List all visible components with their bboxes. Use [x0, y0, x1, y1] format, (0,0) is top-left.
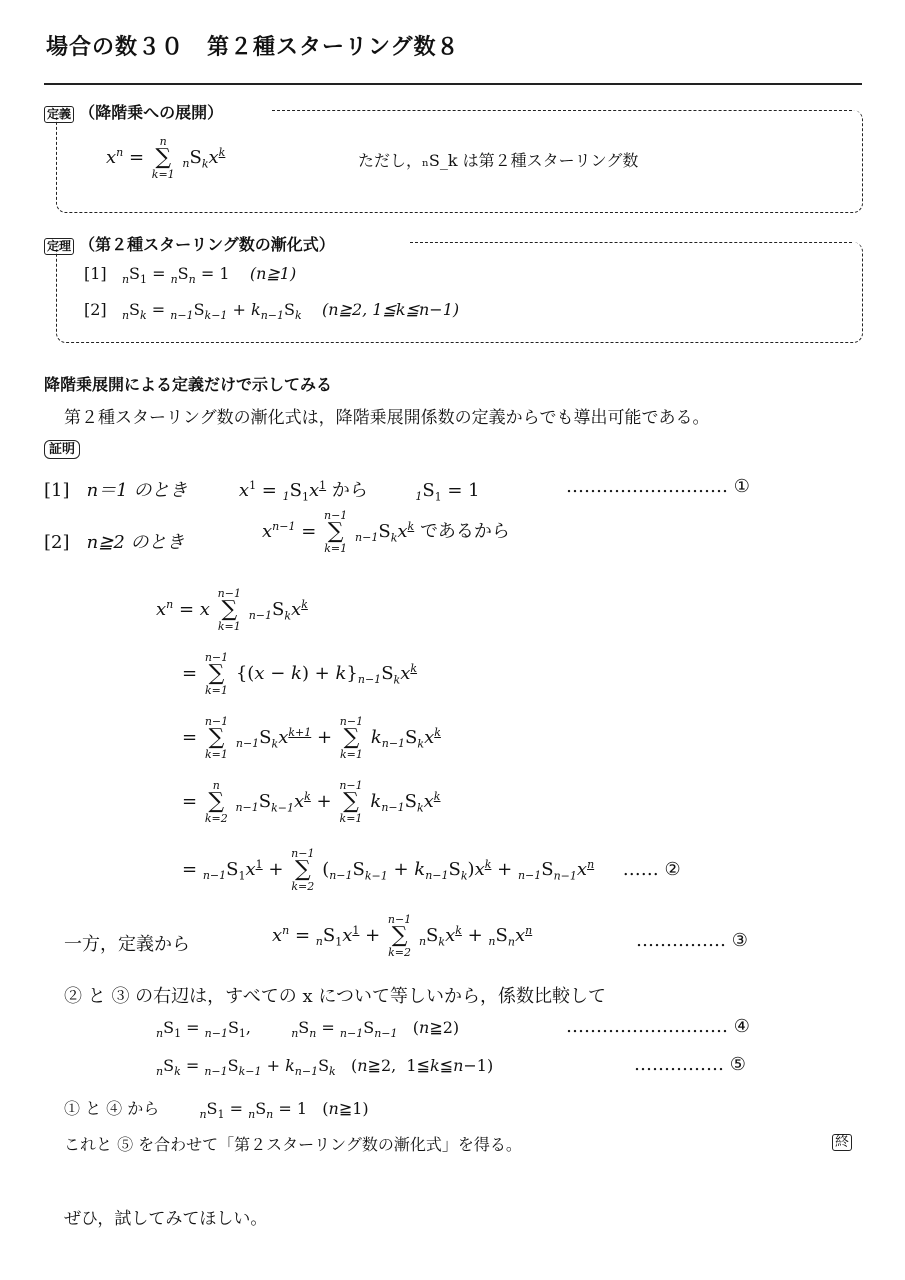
derivation-line-5: = n−1S1x1 + n−1∑k=2 (n−1Sk−1 + kn−1Sk)xk…	[182, 848, 681, 892]
eq5-mark: ⑤	[730, 1054, 746, 1075]
case-label: [1]	[44, 480, 70, 501]
eq2-mark: ②	[665, 859, 681, 880]
case-label: [2]	[44, 532, 70, 553]
definition-box-top	[272, 110, 852, 111]
proof-case-1: [1] n＝1 のとき x1 = 1S1x1 から 1S1 = 1	[44, 476, 480, 504]
item-label: [1]	[84, 264, 107, 283]
derivation-line-2: = n−1∑k=1 {(x − k) + k}n−1Skxk	[182, 652, 417, 696]
page-title: 場合の数３０ 第２種スターリング数８	[46, 30, 460, 61]
eq4-mark: ④	[734, 1016, 750, 1037]
eq5-formula: nSk = n−1Sk−1 + kn−1Sk (n≧2, 1≦k≦n−1)	[156, 1056, 493, 1078]
conclusion-line: これと ⑤ を合わせて「第２スターリング数の漸化式」を得る。	[64, 1132, 522, 1155]
definition-tag: 定義	[44, 106, 74, 123]
eq5-leader: …………… ⑤	[634, 1054, 746, 1075]
theorem-item-1: [1] nS1 = nSn = 1 (n≧1)	[84, 264, 296, 286]
eq3-leader: …………… ③	[636, 930, 748, 951]
end-mark-wrap: 終	[832, 1131, 852, 1151]
case-cond: n≧2 のとき	[87, 532, 185, 553]
theorem-heading: （第２種スターリング数の漸化式）	[79, 235, 335, 254]
eq3-mark: ③	[732, 930, 748, 951]
item-cond: (n≧2, 1≦k≦n−1)	[322, 300, 459, 319]
eq1-leader: ……………………… ①	[566, 476, 750, 497]
definition-heading: （降階乗への展開）	[79, 103, 223, 122]
eq3-formula: xn = nS1x1 + n−1∑k=2 nSkxk + nSnxn	[272, 914, 532, 958]
case-2-formula: xn−1 = n−1∑k=1 n−1Skxk であるから	[262, 510, 510, 554]
definition-note: ただし，ₙS_k は第２種スターリング数	[358, 148, 638, 171]
eq4-formula: nS1 = n−1S1, nSn = n−1Sn−1 (n≧2)	[156, 1018, 459, 1040]
derivation-line-4: = n∑k=2 n−1Sk−1xk + n−1∑k=1 kn−1Skxk	[182, 780, 440, 824]
proof-case-2: [2] n≧2 のとき	[44, 528, 185, 554]
proof-tag: 証明	[44, 440, 80, 459]
theorem-tag: 定理	[44, 238, 74, 255]
case-tail: であるから	[420, 521, 510, 542]
section-intro: 第２種スターリング数の漸化式は，降階乗展開係数の定義からでも導出可能である。	[64, 403, 710, 428]
definition-formula: xn = n∑k=1 nSkxk	[106, 136, 225, 180]
from14-label: ① と ④ から	[64, 1099, 159, 1118]
derivation-line-1: xn = x n−1∑k=1 n−1Skxk	[156, 588, 308, 632]
end-mark: 終	[832, 1134, 852, 1151]
theorem-header: 定理 （第２種スターリング数の漸化式）	[44, 232, 335, 255]
title-divider	[44, 83, 862, 85]
case-cond: n＝1 のとき	[87, 480, 188, 501]
proof-tag-wrap: 証明	[44, 438, 80, 459]
case-mid: から	[332, 480, 368, 501]
eq1-mark: ①	[734, 476, 750, 497]
eq4-leader: ……………………… ④	[566, 1016, 750, 1037]
theorem-box	[56, 242, 863, 343]
theorem-item-2: [2] nSk = n−1Sk−1 + kn−1Sk (n≧2, 1≦k≦n−1…	[84, 300, 459, 322]
theorem-box-top	[410, 242, 852, 243]
footer-text: ぜひ，試してみてほしい。	[64, 1204, 267, 1229]
onepou-label: 一方，定義から	[64, 930, 190, 956]
from-1-4-line: ① と ④ から nS1 = nSn = 1 (n≧1)	[64, 1096, 369, 1121]
item-cond: (n≧1)	[250, 264, 296, 283]
derivation-line-3: = n−1∑k=1 n−1Skxk+1 + n−1∑k=1 kn−1Skxk	[182, 716, 441, 760]
definition-header: 定義 （降階乗への展開）	[44, 100, 223, 123]
section-heading: 降階乗展開による定義だけで示してみる	[44, 372, 332, 395]
item-label: [2]	[84, 300, 107, 319]
compare-line: ② と ③ の右辺は，すべての x について等しいから，係数比較して	[64, 982, 606, 1008]
